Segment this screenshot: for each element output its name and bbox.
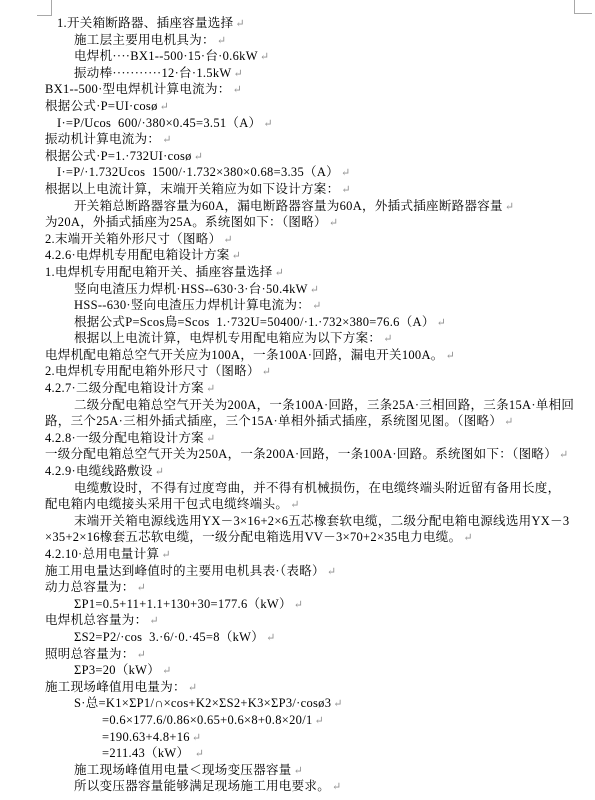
doc-line[interactable]: 1.开关箱断路器、插座容量选择↵ [45, 15, 593, 32]
doc-line-text: 为20A，外插式插座为25A。系统图如下：（图略） [45, 215, 327, 229]
doc-line-text: 根据公式P=Scos鳥=Scos 1.·732U=50400/·1.·732×3… [74, 315, 435, 329]
doc-line[interactable]: 路，三个25A·三相外插式插座，三个15A·单相外插式插座，系统图见图。（图略）… [45, 413, 593, 430]
paragraph-mark-icon: ↵ [332, 781, 341, 793]
doc-line[interactable]: I·=P/·1.732Ucos 1500/·1.732×380×0.68=3.3… [45, 164, 593, 181]
doc-line-text: 施工层主要用电机具为： [74, 33, 215, 47]
doc-line[interactable]: 一级分配电箱总空气开关为250A，一条200A·回路，一条100A·回路。系统图… [45, 446, 593, 463]
paragraph-mark-icon: ↵ [137, 649, 146, 661]
doc-line-text: =0.6×177.6/0.86×0.65+0.6×8+0.8×20/1 [102, 713, 313, 727]
doc-line[interactable]: 电焊机总容量为：↵ [45, 612, 593, 629]
doc-line-text: =190.63+4.8+16 [102, 730, 190, 744]
doc-line[interactable]: S·总=K1×ΣP1/∩×cos+K2×ΣS2+K3×ΣP3/·cosø3↵ [45, 695, 593, 712]
word-document-page: 1.开关箱断路器、插座容量选择↵施工层主要用电机具为：↵电焊机····BX1--… [0, 0, 595, 800]
paragraph-mark-icon: ↵ [294, 765, 303, 777]
doc-line-text: 电焊机配电箱总空气开关应为100A，一条100A·回路，漏电开关100A。 [45, 348, 444, 362]
doc-line[interactable]: HSS--630·竖向电渣压力焊机计算电流为：↵ [45, 297, 593, 314]
paragraph-mark-icon: ↵ [232, 250, 241, 262]
doc-line[interactable]: ΣP3=20（kW）↵ [45, 662, 593, 679]
doc-line-text: 一级分配电箱总空气开关为250A，一条200A·回路，一条100A·回路。系统图… [45, 447, 557, 461]
doc-line-text: ΣP1=0.5+11+1.1+130+30=177.6（kW） [74, 597, 292, 611]
doc-line-text: 电焊机····BX1--500·15·台·0.6kW [74, 49, 258, 63]
doc-line[interactable]: ΣS2=P2/·cos 3.·6/·0.·45=8（kW）↵ [45, 629, 593, 646]
doc-line[interactable]: 1.电焊机专用配电箱开关、插座容量选择↵ [45, 264, 593, 281]
doc-line-text: 开关箱总断路器容量为60A，漏电断路器容量为60A，外插式插座断路器容量 [74, 199, 503, 213]
paragraph-mark-icon: ↵ [217, 35, 226, 47]
paragraph-mark-icon: ↵ [262, 366, 271, 378]
doc-line-text: 根据公式·P=UI·cosø [45, 99, 158, 113]
doc-line[interactable]: 施工用电量达到峰值时的主要用电机具表·（表略）↵ [45, 563, 593, 580]
paragraph-mark-icon: ↵ [559, 449, 568, 461]
paragraph-mark-icon: ↵ [294, 599, 303, 611]
doc-line-text: ΣP3=20（kW） [74, 663, 160, 677]
paragraph-mark-icon: ↵ [341, 184, 350, 196]
doc-line[interactable]: =190.63+4.8+16↵ [45, 729, 593, 746]
doc-line[interactable]: 2.末端开关箱外形尺寸（图略）↵ [45, 231, 593, 248]
paragraph-mark-icon: ↵ [504, 416, 513, 428]
paragraph-mark-icon: ↵ [137, 582, 146, 594]
paragraph-mark-icon: ↵ [260, 51, 269, 63]
doc-line-text: 路，三个25A·三相外插式插座，三个15A·单相外插式插座，系统图见图。（图略） [45, 414, 502, 428]
doc-line-text: 根据以上电流计算，末端开关箱应为如下设计方案： [45, 182, 339, 196]
doc-line[interactable]: 动力总容量为：↵ [45, 579, 593, 596]
doc-line[interactable]: 根据公式·P=1.·732UI·cosø↵ [45, 148, 593, 165]
doc-line-text: 动力总容量为： [45, 580, 135, 594]
paragraph-mark-icon: ↵ [149, 615, 158, 627]
paragraph-mark-icon: ↵ [206, 383, 215, 395]
doc-line-text: 所以变压器容量能够满足现场施工用电要求。 [74, 779, 330, 793]
doc-line[interactable]: 4.2.10·总用电量计算↵ [45, 546, 593, 563]
doc-line-text: 二级分配电箱总空气开关为200A，一条100A·回路，三条25A·三相回路，三条… [74, 398, 574, 412]
doc-line[interactable]: ΣP1=0.5+11+1.1+130+30=177.6（kW）↵ [45, 596, 593, 613]
doc-line[interactable]: 施工层主要用电机具为：↵ [45, 32, 593, 49]
doc-line-text: BX1--500·型电焊机计算电流为： [45, 82, 231, 96]
doc-line[interactable]: 根据公式P=Scos鳥=Scos 1.·732U=50400/·1.·732×3… [45, 314, 593, 331]
paragraph-mark-icon: ↵ [446, 350, 455, 362]
doc-line-text: 4.2.8·一级分配电箱设计方案 [45, 431, 204, 445]
doc-line-text: 2.电焊机专用配电箱外形尺寸（图略） [45, 364, 260, 378]
doc-line[interactable]: 4.2.6·电焊机专用配电箱设计方案↵ [45, 247, 593, 264]
paragraph-mark-icon: ↵ [162, 665, 171, 677]
doc-line[interactable]: 根据公式·P=UI·cosø↵ [45, 98, 593, 115]
doc-line-text: 施工现场峰值用电量＜现场变压器容量 [74, 763, 292, 777]
doc-line[interactable]: 二级分配电箱总空气开关为200A，一条100A·回路，三条25A·三相回路，三条… [45, 397, 593, 414]
paragraph-mark-icon: ↵ [505, 201, 514, 213]
paragraph-mark-icon: ↵ [223, 234, 232, 246]
paragraph-mark-icon: ↵ [383, 333, 392, 345]
paragraph-mark-icon: ↵ [333, 698, 342, 710]
doc-line[interactable]: =0.6×177.6/0.86×0.65+0.6×8+0.8×20/1↵ [45, 712, 593, 729]
paragraph-mark-icon: ↵ [206, 433, 215, 445]
paragraph-mark-icon: ↵ [155, 466, 164, 478]
document-body[interactable]: 1.开关箱断路器、插座容量选择↵施工层主要用电机具为：↵电焊机····BX1--… [45, 15, 593, 795]
doc-line-text: I·=P/Ucos 600/·380×0.45=3.51（A） [57, 116, 261, 130]
paragraph-mark-icon: ↵ [329, 217, 338, 229]
doc-line-text: =211.43（kW） [102, 746, 193, 760]
paragraph-mark-icon: ↵ [195, 748, 204, 760]
paragraph-mark-icon: ↵ [234, 68, 243, 80]
doc-line-text: 配电箱内电缆接头采用干包式电缆终端头。 [45, 497, 288, 511]
doc-line[interactable]: 振动棒···········12·台·1.5kW↵ [45, 65, 593, 82]
doc-line-text: 4.2.7·二级分配电箱设计方案 [45, 381, 204, 395]
paragraph-mark-icon: ↵ [315, 715, 324, 727]
paragraph-mark-icon: ↵ [341, 167, 350, 179]
paragraph-mark-icon: ↵ [194, 151, 203, 163]
paragraph-mark-icon: ↵ [310, 284, 319, 296]
paragraph-mark-icon: ↵ [312, 300, 321, 312]
paragraph-mark-icon: ↵ [160, 101, 169, 113]
doc-line[interactable]: 电缆敷设时，不得有过度弯曲，并不得有机械损伤，在电缆终端头附近留有备用长度， [45, 480, 593, 497]
doc-line-text: 末端开关箱电源线选用YX－3×16+2×6五芯橡套软电缆，二级分配电箱电源线选用… [74, 514, 569, 528]
doc-line-text: HSS--630·竖向电渣压力焊机计算电流为： [74, 298, 310, 312]
doc-line[interactable]: 配电箱内电缆接头采用干包式电缆终端头。↵ [45, 496, 593, 513]
doc-line-text: I·=P/·1.732Ucos 1500/·1.732×380×0.68=3.3… [57, 165, 339, 179]
doc-line[interactable]: 4.2.7·二级分配电箱设计方案↵ [45, 380, 593, 397]
doc-line[interactable]: 电焊机配电箱总空气开关应为100A，一条100A·回路，漏电开关100A。↵ [45, 347, 593, 364]
doc-line-text: ΣS2=P2/·cos 3.·6/·0.·45=8（kW） [74, 630, 264, 644]
doc-line[interactable]: 所以变压器容量能够满足现场施工用电要求。↵ [45, 778, 593, 795]
doc-line-text: 施工用电量达到峰值时的主要用电机具表·（表略） [45, 564, 325, 578]
doc-line[interactable]: 末端开关箱电源线选用YX－3×16+2×6五芯橡套软电缆，二级分配电箱电源线选用… [45, 513, 593, 530]
doc-line-text: 1.电焊机专用配电箱开关、插座容量选择 [45, 265, 273, 279]
doc-line-text: 根据以上电流计算，电焊机专用配电箱应为以下方案： [74, 331, 381, 345]
doc-line-text: 1.开关箱断路器、插座容量选择 [57, 16, 233, 30]
doc-line-text: 4.2.10·总用电量计算 [45, 547, 159, 561]
doc-line[interactable]: I·=P/Ucos 600/·380×0.45=3.51（A）↵ [45, 115, 593, 132]
paragraph-mark-icon: ↵ [290, 499, 299, 511]
doc-line-text: 电缆敷设时，不得有过度弯曲，并不得有机械损伤，在电缆终端头附近留有备用长度， [74, 481, 560, 495]
doc-line[interactable]: 照明总容量为：↵ [45, 646, 593, 663]
doc-line[interactable]: 开关箱总断路器容量为60A，漏电断路器容量为60A，外插式插座断路器容量↵ [45, 198, 593, 215]
doc-line-text: 振动机计算电流为： [45, 132, 160, 146]
doc-line[interactable]: 为20A，外插式插座为25A。系统图如下：（图略）↵ [45, 214, 593, 231]
paragraph-mark-icon: ↵ [161, 549, 170, 561]
doc-line-text: 照明总容量为： [45, 647, 135, 661]
paragraph-mark-icon: ↵ [327, 566, 336, 578]
paragraph-mark-icon: ↵ [275, 267, 284, 279]
doc-line-text: 4.2.9·电缆线路敷设 [45, 464, 153, 478]
text-boundary-crop-mark-top-left-vertical [51, 0, 52, 16]
doc-line[interactable]: 振动机计算电流为：↵ [45, 131, 593, 148]
doc-line-text: 振动棒···········12·台·1.5kW [74, 66, 232, 80]
paragraph-mark-icon: ↵ [192, 732, 201, 744]
doc-line[interactable]: 根据以上电流计算，电焊机专用配电箱应为以下方案：↵ [45, 330, 593, 347]
doc-line[interactable]: 2.电焊机专用配电箱外形尺寸（图略）↵ [45, 363, 593, 380]
text-boundary-crop-mark-top-right-horizontal [574, 13, 592, 14]
paragraph-mark-icon: ↵ [188, 682, 197, 694]
doc-line-text: 竖向电渣压力焊机·HSS--630·3·台·50.4kW [74, 282, 308, 296]
doc-line-text: ×35+2×16橡套五芯软电缆，一级分配电箱选用VV－3×70+2×35电力电缆… [45, 530, 461, 544]
doc-line[interactable]: 竖向电渣压力焊机·HSS--630·3·台·50.4kW↵ [45, 281, 593, 298]
doc-line-text: 根据公式·P=1.·732UI·cosø [45, 149, 192, 163]
doc-line[interactable]: 施工现场峰值用电量＜现场变压器容量↵ [45, 762, 593, 779]
doc-line-text: S·总=K1×ΣP1/∩×cos+K2×ΣS2+K3×ΣP3/·cosø3 [74, 696, 331, 710]
doc-line[interactable]: 电焊机····BX1--500·15·台·0.6kW↵ [45, 48, 593, 65]
paragraph-mark-icon: ↵ [463, 532, 472, 544]
paragraph-mark-icon: ↵ [437, 317, 446, 329]
paragraph-mark-icon: ↵ [233, 84, 242, 96]
paragraph-mark-icon: ↵ [263, 118, 272, 130]
doc-line[interactable]: 4.2.8·一级分配电箱设计方案↵ [45, 430, 593, 447]
doc-line[interactable]: ×35+2×16橡套五芯软电缆，一级分配电箱选用VV－3×70+2×35电力电缆… [45, 529, 593, 546]
doc-line-text: 施工现场峰值用电量为： [45, 680, 186, 694]
paragraph-mark-icon: ↵ [235, 18, 244, 30]
doc-line-text: 2.末端开关箱外形尺寸（图略） [45, 232, 221, 246]
doc-line[interactable]: 4.2.9·电缆线路敷设↵ [45, 463, 593, 480]
doc-line[interactable]: =211.43（kW） ↵ [45, 745, 593, 762]
doc-line-text: 4.2.6·电焊机专用配电箱设计方案 [45, 248, 230, 262]
doc-line[interactable]: BX1--500·型电焊机计算电流为：↵ [45, 81, 593, 98]
paragraph-mark-icon: ↵ [266, 632, 275, 644]
doc-line[interactable]: 施工现场峰值用电量为：↵ [45, 679, 593, 696]
paragraph-mark-icon: ↵ [162, 134, 171, 146]
doc-line-text: 电焊机总容量为： [45, 613, 147, 627]
text-boundary-crop-mark-top-right-vertical [574, 0, 575, 14]
doc-line[interactable]: 根据以上电流计算，末端开关箱应为如下设计方案：↵ [45, 181, 593, 198]
